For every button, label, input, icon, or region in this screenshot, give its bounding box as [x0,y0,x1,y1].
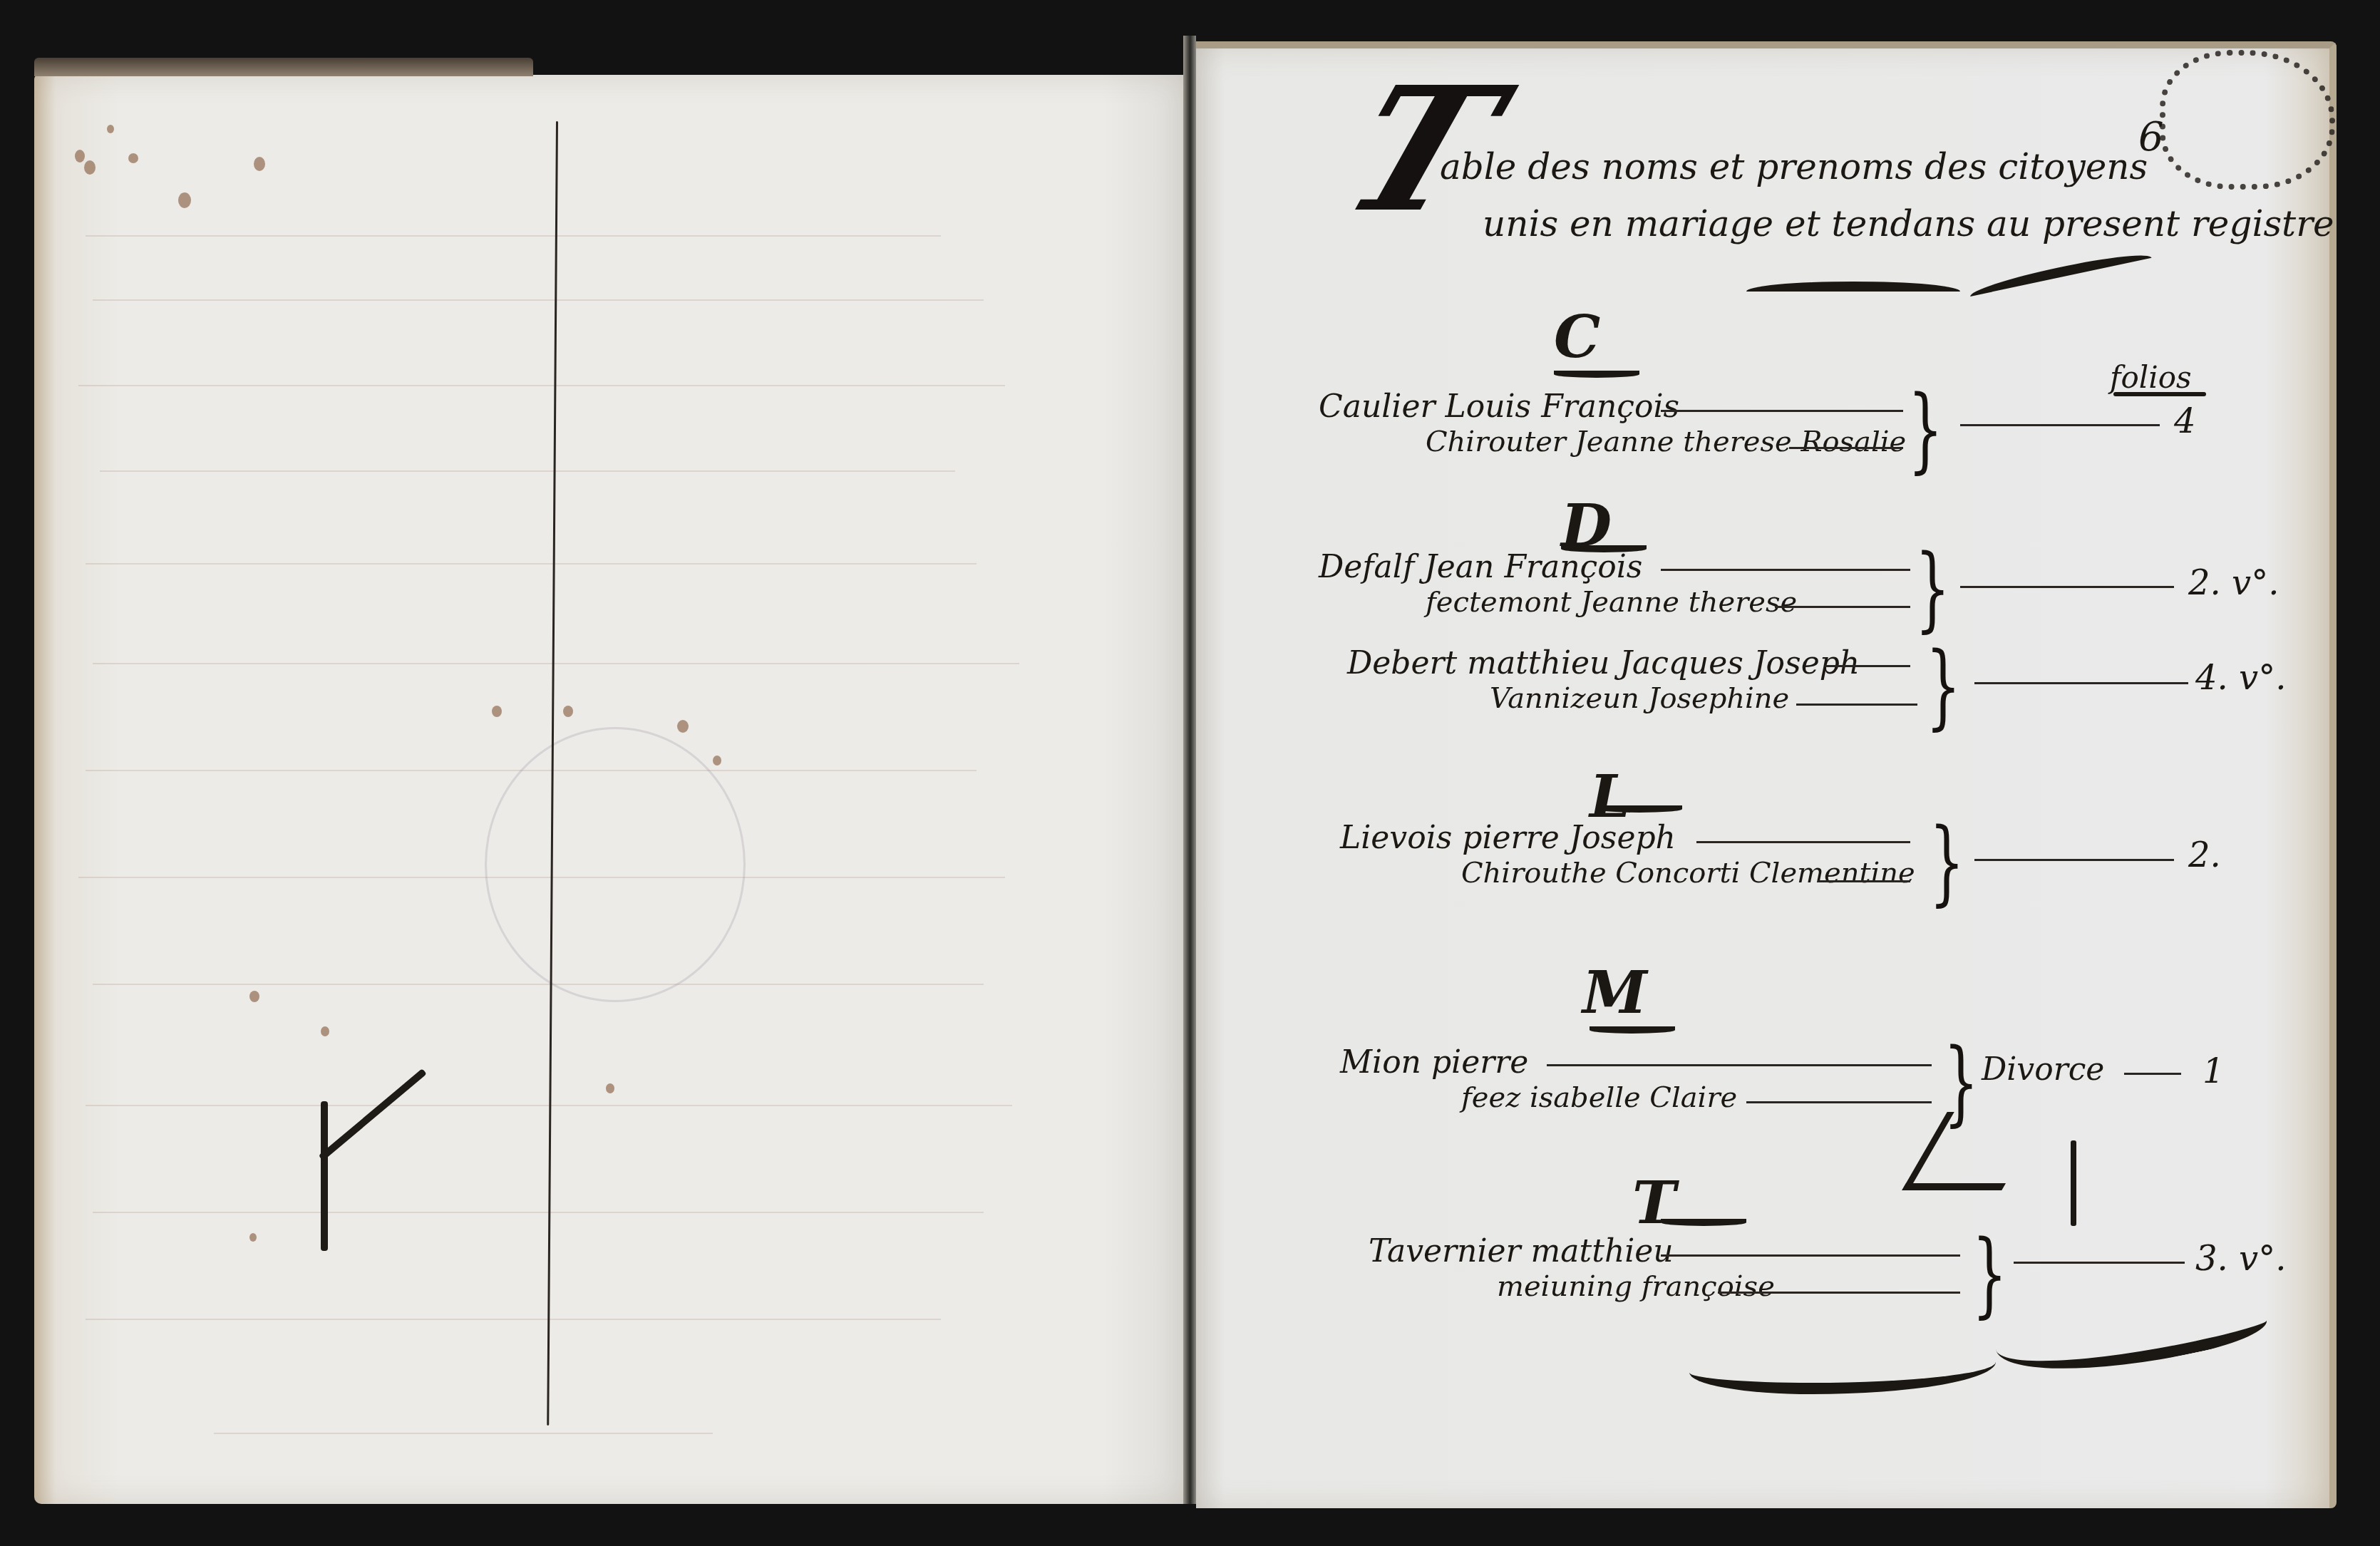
bleed-through-line [93,984,984,985]
section-swash [1554,371,1639,378]
leader-line [1960,586,2174,588]
bleed-through-line [214,1433,713,1434]
ink-spot [178,192,191,208]
leader-line [1960,424,2160,426]
section-swash [1590,1026,1675,1034]
ink-spot [606,1083,614,1093]
leader-line [1825,665,1910,667]
ink-spot [128,153,138,163]
bleed-through-line [86,563,977,565]
section-letter-m: M [1582,959,1647,1027]
brace: } [1926,639,1962,732]
ink-spot [321,1026,329,1036]
husband-name: Mion pierre [1340,1044,1528,1081]
leader-line [1974,682,2188,684]
ink-spot [254,157,265,171]
leader-line [1746,1101,1932,1103]
section-swash [1597,805,1682,813]
ink-spot [249,991,259,1002]
bleed-through-line [100,470,955,472]
wife-name: fectemont Jeanne therese [1426,586,1797,619]
book-gutter [1183,36,1196,1504]
brace: } [1908,383,1944,475]
husband-name: Defalf Jean François [1319,549,1642,585]
section-swash [1661,1219,1746,1226]
husband-name: Debert matthieu Jacques Joseph [1347,645,1860,681]
ink-spot [677,720,689,733]
bleed-through-line [93,1212,984,1213]
wife-name: Chirouter Jeanne therese Rosalie [1426,426,1906,458]
entry-row: Caulier Louis François Chirouter Jeanne … [1319,388,2245,488]
husband-name: Tavernier matthieu [1369,1233,1674,1269]
brace: } [1972,1227,2008,1320]
folio-number: 2. [2188,835,2221,875]
divorce-note: Divorce [1982,1051,2104,1088]
ink-spot [75,150,85,163]
entry-row: Debert matthieu Jacques Joseph Vannizeun… [1319,645,2245,745]
folio-number: 2. v°. [2188,563,2279,603]
ink-spot [713,756,721,766]
flourish-stamp [2160,50,2335,190]
bleed-through-line [86,1319,941,1320]
wife-name: Chirouthe Concorti Clementine [1461,857,1915,890]
folio-number: 1 [2203,1051,2225,1091]
folio-number: 3. v°. [2195,1239,2286,1279]
bleed-through-line [93,299,984,301]
wife-name: Vannizeun Josephine [1490,682,1789,715]
leader-line [1661,569,1910,571]
bleed-through-line [78,385,1005,386]
leader-line [1547,1064,1932,1066]
leader-line [1775,606,1910,608]
husband-name: Caulier Louis François [1319,388,1679,425]
husband-name: Lievois pierre Joseph [1340,820,1676,856]
faint-stamp-impression [485,727,746,1002]
ink-spot [249,1233,257,1242]
leader-line [2014,1262,2185,1264]
wife-name: meiuning françoise [1497,1270,1775,1303]
entry-row: Defalf Jean François fectemont Jeanne th… [1319,549,2245,649]
left-page-top-edge [34,58,533,76]
leader-line [1974,859,2174,861]
leader-line [2124,1073,2181,1075]
bleed-through-line [93,663,1019,664]
ink-spot [84,160,96,175]
leader-line [1718,1292,1960,1294]
wife-name: feez isabelle Claire [1461,1081,1737,1114]
leader-line [1661,1254,1960,1257]
leader-line [1796,704,1917,706]
leader-line [1789,447,1903,449]
brace: } [1915,542,1951,634]
folio-number: 4 [2174,401,2196,441]
section-letter-c: C [1554,303,1600,371]
ink-spot [563,706,573,717]
entry-row: Lievois pierre Joseph Chirouthe Concorti… [1319,820,2245,919]
ink-spot [492,706,502,717]
leader-line [1818,880,1910,882]
ink-spot [107,125,114,133]
bleed-through-line [86,235,941,237]
leader-line [1696,841,1910,843]
pen-mark [321,1101,328,1251]
section-letter-t: T [1632,1169,1676,1237]
divorce-flourish [2071,1140,2076,1226]
brace: } [1930,815,1965,908]
leader-line [1661,410,1903,412]
entry-row: Mion pierre feez isabelle Claire } Divor… [1319,1044,2245,1144]
folio-number: 4. v°. [2195,658,2286,698]
title-line-1: able des noms et prenoms des citoyens [1440,146,2148,187]
title-line-2: unis en mariage et tendans au present re… [1483,203,2334,244]
